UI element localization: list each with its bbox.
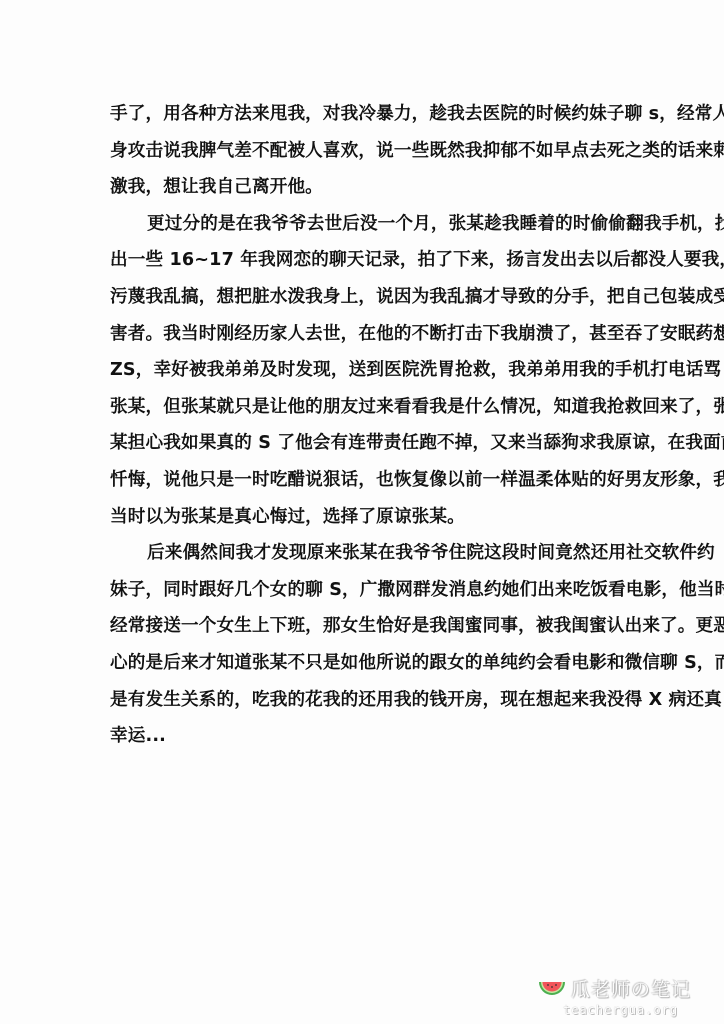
text-line: 出一些 16~17 年我网恋的聊天记录，拍了下来，扬言发出去以后都没人要我，	[110, 242, 618, 279]
text-line: 某担心我如果真的 S 了他会有连带责任跑不掉，又来当舔狗求我原谅，在我面前	[110, 425, 618, 462]
text-line: ZS，幸好被我弟弟及时发现，送到医院洗胃抢救，我弟弟用我的手机打电话骂	[110, 352, 618, 389]
text-line: 身攻击说我脾气差不配被人喜欢，说一些既然我抑郁不如早点去死之类的话来刺	[110, 133, 618, 170]
watermelon-icon	[537, 976, 567, 1002]
paragraph-2: 更过分的是在我爷爷去世后没一个月，张某趁我睡着的时偷偷翻我手机，找 出一些 16…	[110, 206, 618, 535]
text-line: 污蔑我乱搞，想把脏水泼我身上，说因为我乱搞才导致的分手，把自己包装成受	[110, 279, 618, 316]
text-line: 妹子，同时跟好几个女的聊 S，广撒网群发消息约她们出来吃饭看电影，他当时	[110, 572, 618, 609]
document-page: 手了，用各种方法来甩我，对我冷暴力，趁我去医院的时候约妹子聊 s，经常人 身攻击…	[0, 0, 724, 1024]
watermark: 瓜老师の笔记 teachergua.org	[537, 975, 717, 1020]
text-line: 是有发生关系的，吃我的花我的还用我的钱开房，现在想起来我没得 X 病还真	[110, 682, 618, 719]
text-line: 心的是后来才知道张某不只是如他所说的跟女的单纯约会看电影和微信聊 S，而	[110, 645, 618, 682]
document-body: 手了，用各种方法来甩我，对我冷暴力，趁我去医院的时候约妹子聊 s，经常人 身攻击…	[110, 96, 618, 755]
text-line: 后来偶然间我才发现原来张某在我爷爷住院这段时间竟然还用社交软件约	[110, 535, 618, 572]
text-line: 手了，用各种方法来甩我，对我冷暴力，趁我去医院的时候约妹子聊 s，经常人	[110, 96, 618, 133]
text-line: 当时以为张某是真心悔过，选择了原谅张某。	[110, 499, 618, 536]
text-line: 更过分的是在我爷爷去世后没一个月，张某趁我睡着的时偷偷翻我手机，找	[110, 206, 618, 243]
watermark-title: 瓜老师の笔记	[571, 975, 691, 1002]
text-line: 幸运...	[110, 718, 618, 755]
paragraph-1: 手了，用各种方法来甩我，对我冷暴力，趁我去医院的时候约妹子聊 s，经常人 身攻击…	[110, 96, 618, 206]
watermark-url: teachergua.org	[563, 1003, 717, 1017]
text-line: 激我，想让我自己离开他。	[110, 169, 618, 206]
text-line: 张某，但张某就只是让他的朋友过来看看我是什么情况，知道我抢救回来了，张	[110, 389, 618, 426]
paragraph-3: 后来偶然间我才发现原来张某在我爷爷住院这段时间竟然还用社交软件约 妹子，同时跟好…	[110, 535, 618, 755]
text-line: 忏悔，说他只是一时吃醋说狠话，也恢复像以前一样温柔体贴的好男友形象，我	[110, 462, 618, 499]
text-line: 经常接送一个女生上下班，那女生恰好是我闺蜜同事，被我闺蜜认出来了。更恶	[110, 608, 618, 645]
text-line: 害者。我当时刚经历家人去世，在他的不断打击下我崩溃了，甚至吞了安眠药想	[110, 316, 618, 353]
